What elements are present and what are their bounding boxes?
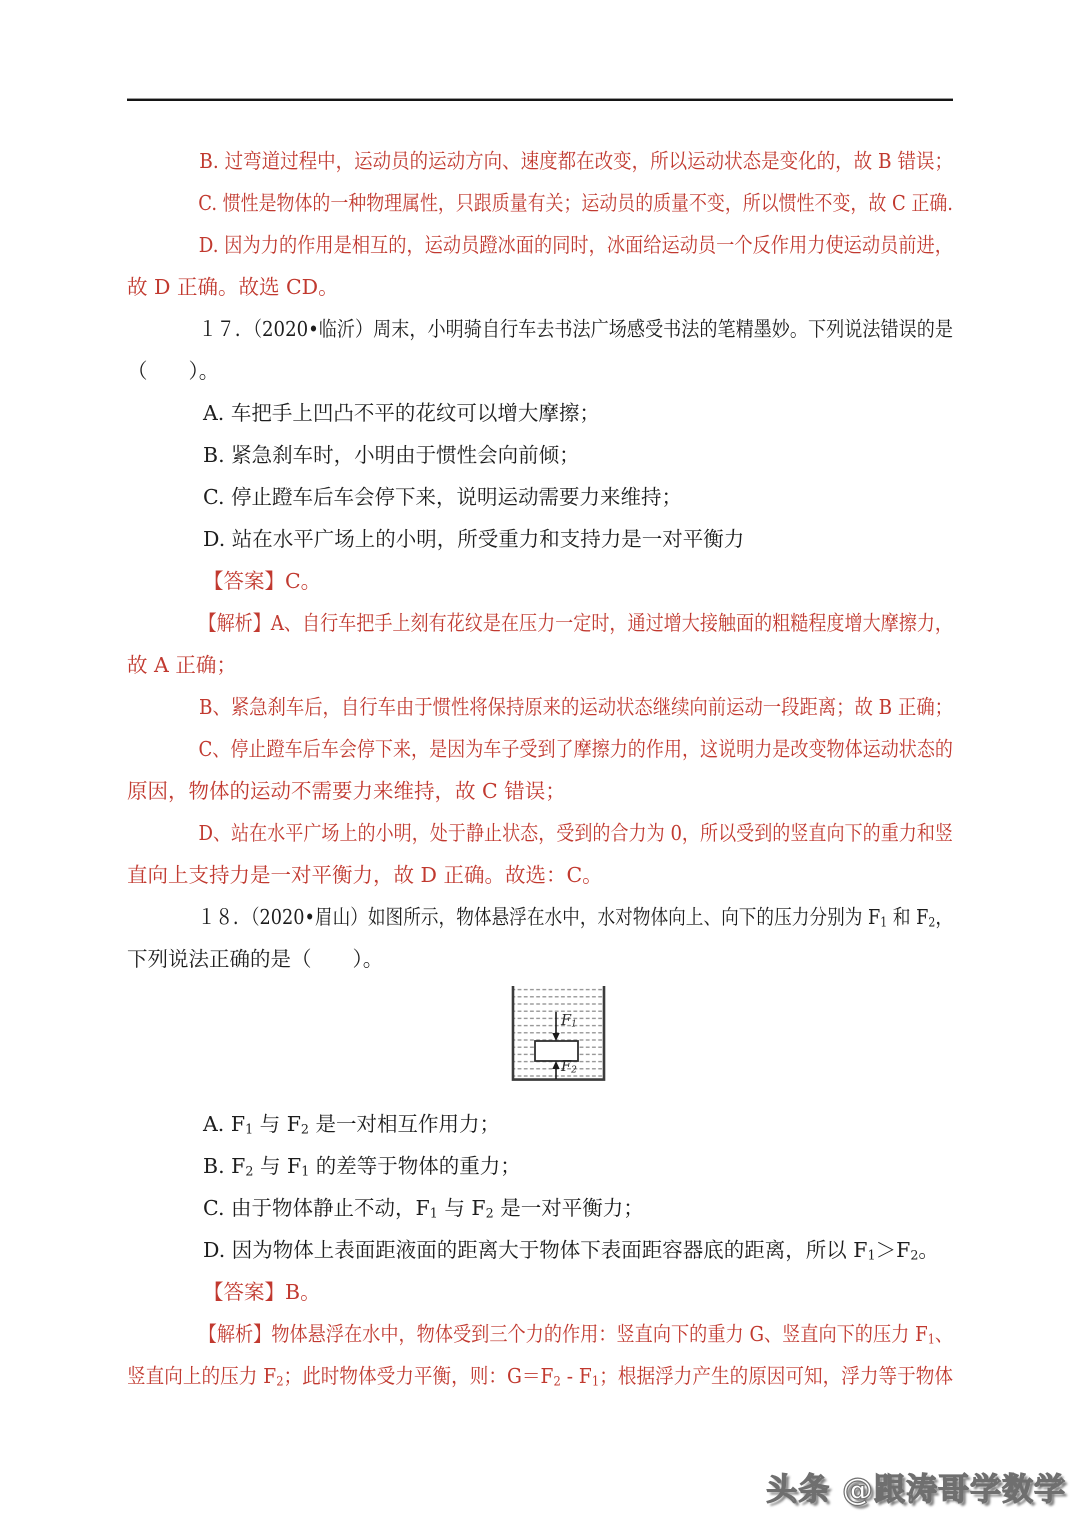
text-line: D. 因为物体上表面距液面的距离大于物体下表面距容器底的距离，所以 F1＞F2。 (127, 1229, 953, 1271)
text-line: B. 过弯道过程中，运动员的运动方向、速度都在改变，所以运动状态是变化的，故 B… (127, 140, 953, 182)
document-page: B. 过弯道过程中，运动员的运动方向、速度都在改变，所以运动状态是变化的，故 B… (0, 0, 1080, 1527)
text-line: C. 由于物体静止不动，F1 与 F2 是一对平衡力； (127, 1187, 953, 1229)
text-line: 直向上支持力是一对平衡力，故 D 正确。故选：C。 (127, 854, 953, 896)
text-line: A. 车把手上凹凸不平的花纹可以增大摩擦； (127, 392, 953, 434)
question-figure: F1 F2 (127, 986, 953, 1082)
document-body: B. 过弯道过程中，运动员的运动方向、速度都在改变，所以运动状态是变化的，故 B… (127, 140, 953, 1397)
force-label-f1: F1 (561, 1014, 577, 1029)
text-line: 【解析】A、自行车把手上刻有花纹是在压力一定时，通过增大接触面的粗糙程度增大摩擦… (127, 602, 953, 644)
text-line: １７．（2020•临沂）周末，小明骑自行车去书法广场感受书法的笔精墨妙。下列说法… (127, 308, 953, 350)
text-line: D. 因为力的作用是相互的，运动员蹬冰面的同时，冰面给运动员一个反作用力使运动员… (127, 224, 953, 266)
text-line: （ ）。 (127, 350, 953, 392)
text-line: B、紧急刹车后，自行车由于惯性将保持原来的运动状态继续向前运动一段距离；故 B … (127, 686, 953, 728)
text-line: C、停止蹬车后车会停下来，是因为车子受到了摩擦力的作用，这说明力是改变物体运动状… (127, 728, 953, 770)
text-line: C. 惯性是物体的一种物理属性，只跟质量有关；运动员的质量不变，所以惯性不变，故… (127, 182, 953, 224)
text-line: 【解析】物体悬浮在水中，物体受到三个力的作用：竖直向下的重力 G、竖直向下的压力… (127, 1313, 953, 1355)
text-line: 【答案】B。 (127, 1271, 953, 1313)
text-line: 下列说法正确的是（ ）。 (127, 938, 953, 980)
text-line: C. 停止蹬车后车会停下来，说明运动需要力来维持； (127, 476, 953, 518)
force-label-f2: F2 (561, 1060, 577, 1075)
header-rule (127, 98, 953, 101)
text-line: D、站在水平广场上的小明，处于静止状态，受到的合力为 0，所以受到的竖直向下的重… (127, 812, 953, 854)
beaker-diagram: F1 F2 (511, 986, 606, 1082)
text-line: １８．（2020•眉山）如图所示，物体悬浮在水中，水对物体向上、向下的压力分别为… (127, 896, 953, 938)
text-line: D. 站在水平广场上的小明，所受重力和支持力是一对平衡力 (127, 518, 953, 560)
text-line: B. F2 与 F1 的差等于物体的重力； (127, 1145, 953, 1187)
suspended-object (535, 1041, 578, 1061)
watermark: 头条 @跟涛哥学数学 (766, 1464, 1066, 1509)
text-line: A. F1 与 F2 是一对相互作用力； (127, 1103, 953, 1145)
text-line: 竖直向上的压力 F2；此时物体受力平衡，则：G＝F2 - F1；根据浮力产生的原… (127, 1355, 953, 1397)
text-line: B. 紧急刹车时，小明由于惯性会向前倾； (127, 434, 953, 476)
text-line: 故 A 正确； (127, 644, 953, 686)
text-line: 【答案】C。 (127, 560, 953, 602)
beaker-svg (511, 986, 606, 1082)
text-line: 原因，物体的运动不需要力来维持，故 C 错误； (127, 770, 953, 812)
text-line: 故 D 正确。故选 CD。 (127, 266, 953, 308)
